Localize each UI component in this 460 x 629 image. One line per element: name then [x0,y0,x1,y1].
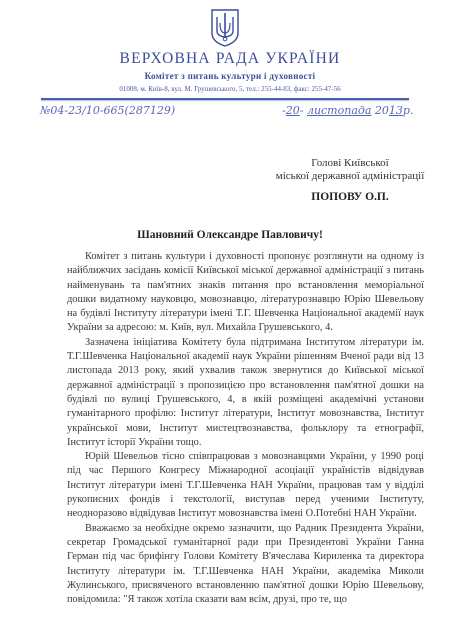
letterhead-divider [41,98,409,100]
trident-coat-of-arms-icon [210,9,240,47]
date-month: листопада [307,104,371,117]
recipient-line-1: Голові Київської [250,157,450,170]
organization-title: ВЕРХОВНА РАДА УКРАЇНИ [0,50,460,68]
date-day: 20 [286,104,300,117]
paragraph: Зазначена ініціатива Комітету була підтр… [67,336,424,450]
salutation: Шановний Олександре Павловичу! [0,229,460,241]
date-mid: - [300,104,304,117]
committee-name: Комітет з питань культури і духовності [0,71,460,81]
date-year: 13 [389,104,403,117]
recipient-line-2: міської державної адміністрації [250,170,450,183]
recipient-block: Голові Київської міської державної адмін… [250,157,450,183]
letter-date: -20- листопада 2013р. [282,104,413,117]
letter-body: Комітет з питань культури і духовності п… [67,250,424,607]
date-year-prefix: 20 [371,104,389,117]
date-suffix: р. [403,104,414,117]
paragraph: Юрій Шевельов тісно співпрацював з мовоз… [67,450,424,521]
recipient-name: ПОПОВУ О.П. [250,191,450,203]
letterhead-address: 01008, м. Київ-8, вул. М. Грушевського, … [0,85,460,93]
letter-page: ВЕРХОВНА РАДА УКРАЇНИ Комітет з питань к… [0,0,460,629]
paragraph: Комітет з питань культури і духовності п… [67,250,424,336]
outgoing-reference-number: №04-23/10-665(287129) [40,104,175,117]
paragraph: Вважаємо за необхідне окремо зазначити, … [67,522,424,608]
